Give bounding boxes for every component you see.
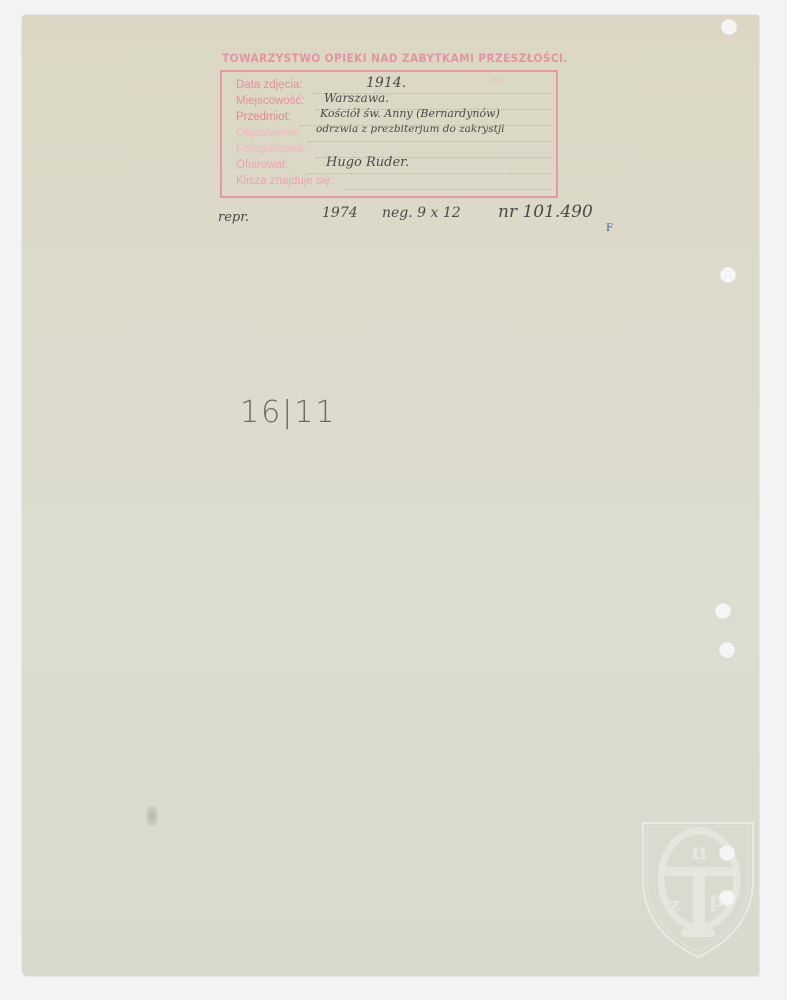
stamp-box: № Data zdjęcia: 1914. Miejscowość: Warsz…: [220, 70, 558, 198]
repr-note: repr.: [218, 210, 249, 225]
document-page: TOWARZYSTWO OPIEKI NAD ZABYTKAMI PRZESZŁ…: [22, 15, 759, 976]
field-value: 1914.: [366, 75, 406, 91]
smudge: [146, 805, 158, 827]
field-label: Fotografował:: [236, 143, 306, 155]
negative-note: neg. 9 x 12: [382, 205, 461, 221]
svg-text:n: n: [691, 839, 707, 865]
letter-note: F: [606, 223, 613, 234]
punch-hole: [715, 603, 731, 619]
punch-hole: [719, 845, 735, 861]
punch-hole: [719, 642, 735, 658]
field-date: Data zdjęcia: 1914.: [236, 79, 550, 94]
field-label: Klisza znajduje się:: [236, 175, 334, 187]
punch-hole: [721, 19, 737, 35]
field-value: odrzwia z prezbiterjum do zakrystji: [316, 123, 504, 135]
watermark-shield-icon: n z p: [639, 819, 757, 959]
field-description: Objaśnienie: odrzwia z prezbiterjum do z…: [236, 127, 550, 142]
shelf-mark: 16|11: [240, 395, 336, 430]
field-label: Ofiarował:: [236, 159, 288, 171]
field-value: Warszawa.: [324, 91, 389, 105]
punch-hole: [719, 890, 735, 906]
field-label: Przedmiot:: [236, 111, 291, 123]
number-note: nr 101.490: [498, 202, 593, 222]
svg-text:z: z: [669, 892, 680, 916]
field-label: Objaśnienie:: [236, 127, 300, 139]
year-note: 1974: [322, 205, 358, 221]
stamp-header: TOWARZYSTWO OPIEKI NAD ZABYTKAMI PRZESZŁ…: [222, 51, 535, 65]
field-value: Kościół św. Anny (Bernardynów): [320, 107, 500, 120]
field-donor: Ofiarował: Hugo Ruder.: [236, 159, 550, 174]
field-negative-location: Klisza znajduje się:: [236, 175, 550, 190]
field-value: Hugo Ruder.: [326, 155, 409, 170]
field-label: Data zdjęcia:: [236, 79, 302, 91]
field-label: Miejscowość:: [236, 95, 304, 107]
punch-hole: [720, 267, 736, 283]
